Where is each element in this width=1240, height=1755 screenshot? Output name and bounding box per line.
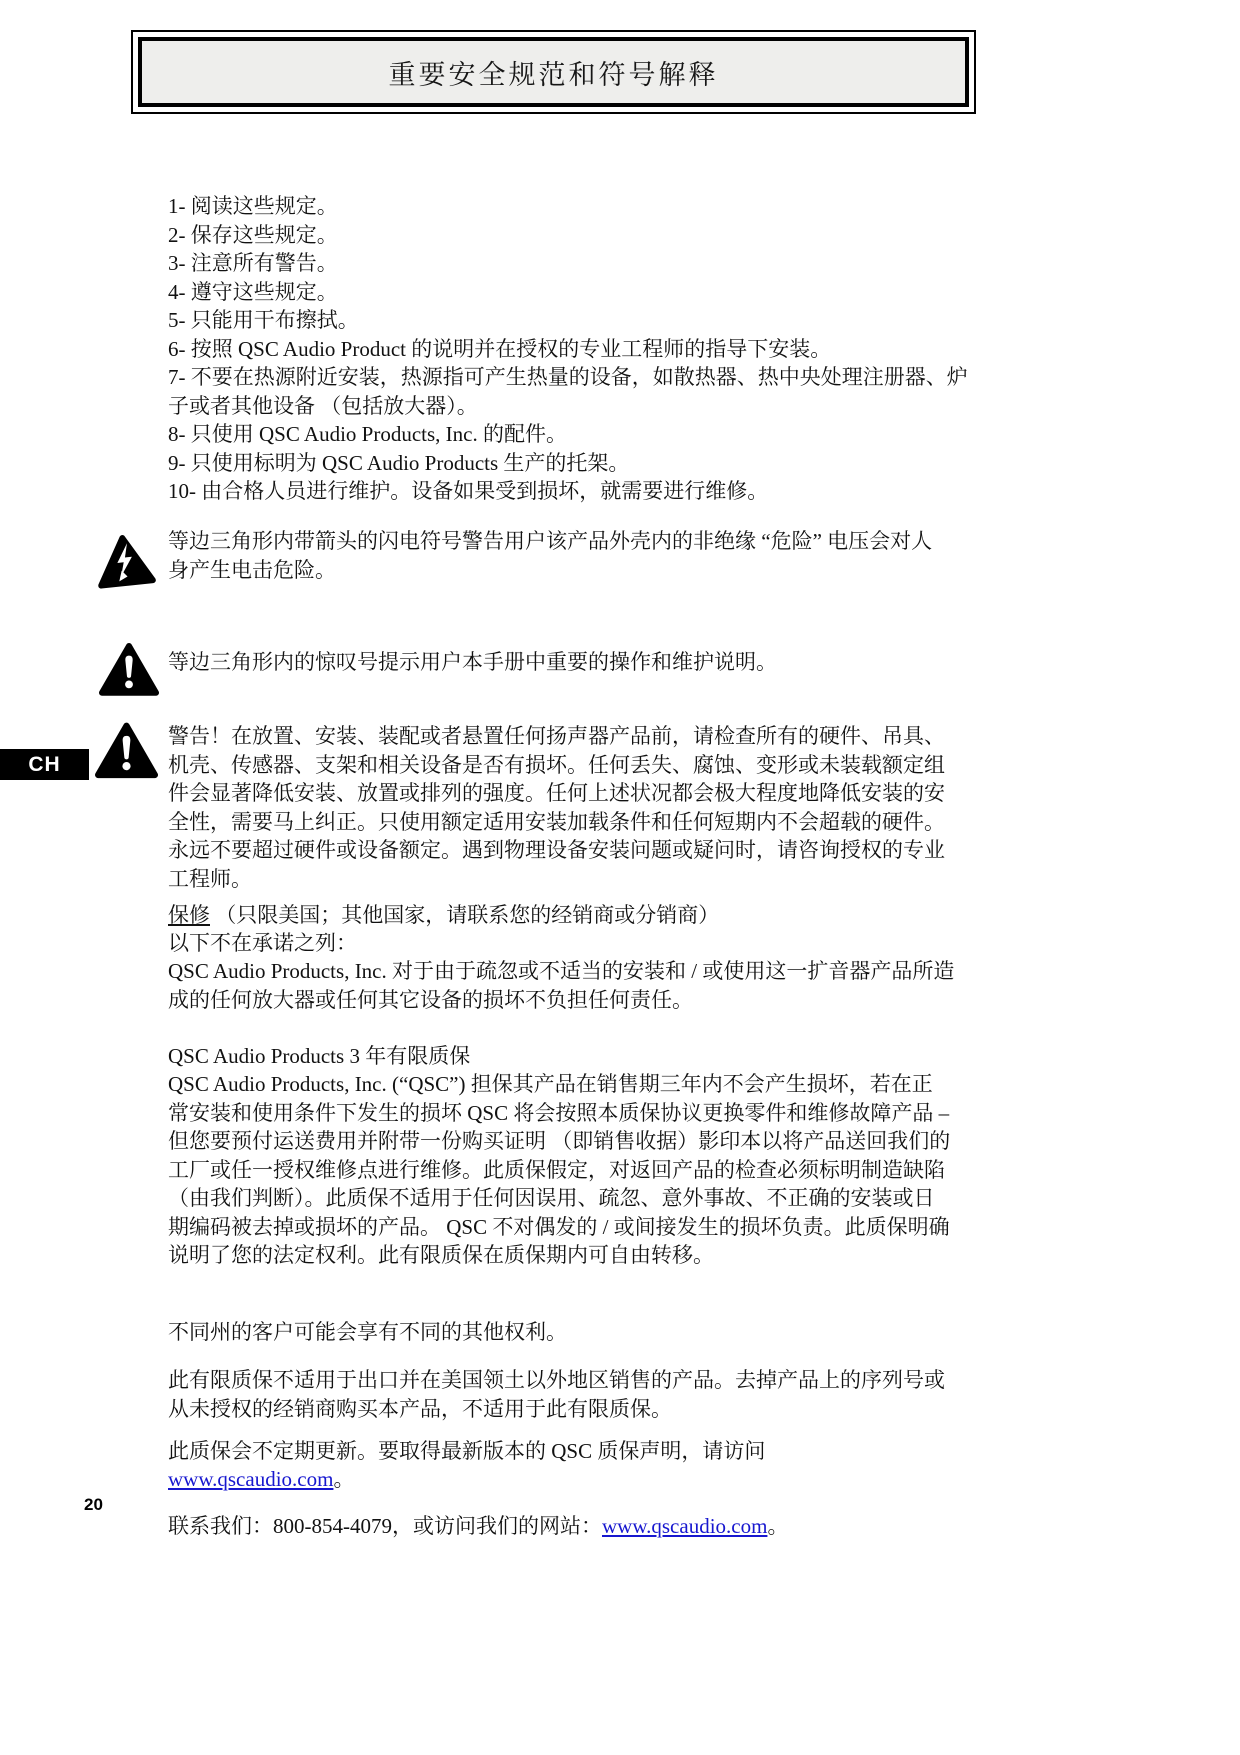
period: 。 (767, 1514, 788, 1538)
page-number: 20 (84, 1495, 103, 1515)
list-item: 3- 注意所有警告。 (168, 249, 970, 278)
warranty-disclaimer: QSC Audio Products, Inc. 对于由于疏忽或不适当的安装和 … (168, 957, 960, 1014)
qsc-website-link[interactable]: www.qscaudio.com (602, 1514, 767, 1538)
warranty-heading: 保修 (168, 903, 210, 927)
list-item: 8- 只使用 QSC Audio Products, Inc. 的配件。 (168, 420, 970, 449)
states-rights-text: 不同州的客户可能会享有不同的其他权利。 (168, 1318, 968, 1347)
safety-instructions-list: 1- 阅读这些规定。 2- 保存这些规定。 3- 注意所有警告。 4- 遵守这些… (168, 192, 970, 506)
list-item: 9- 只使用标明为 QSC Audio Products 生产的托架。 (168, 449, 970, 478)
exclamation-triangle-icon (95, 722, 158, 785)
list-item: 4- 遵守这些规定。 (168, 278, 970, 307)
title-box: 重要安全规范和符号解释 (131, 30, 976, 114)
exclamation-triangle-icon (99, 642, 159, 703)
list-item: 5- 只能用干布擦拭。 (168, 306, 970, 335)
document-page: 重要安全规范和符号解释 1- 阅读这些规定。 2- 保存这些规定。 3- 注意所… (0, 0, 1240, 1755)
limited-warranty-title: QSC Audio Products 3 年有限质保 (168, 1042, 968, 1071)
warranty-updates-text: 此质保会不定期更新。要取得最新版本的 QSC 质保声明，请访问 (168, 1437, 960, 1466)
warranty-heading-note: （只限美国；其他国家，请联系您的经销商或分销商） (210, 903, 719, 927)
lightning-triangle-icon (93, 531, 157, 596)
qsc-website-link[interactable]: www.qscaudio.com (168, 1467, 333, 1491)
period: 。 (333, 1467, 354, 1491)
list-item: 10- 由合格人员进行维护。设备如果受到损坏，就需要进行维修。 (168, 477, 970, 506)
list-item: 1- 阅读这些规定。 (168, 192, 970, 221)
list-item: 2- 保存这些规定。 (168, 221, 970, 250)
warranty-heading-line: 保修 （只限美国；其他国家，请联系您的经销商或分销商） (168, 901, 968, 930)
rigging-warning-text: 警告！在放置、安装、装配或者悬置任何扬声器产品前，请检查所有的硬件、吊具、机壳、… (168, 722, 946, 893)
language-tab-ch: CH (0, 749, 89, 780)
exclamation-note-text: 等边三角形内的惊叹号提示用户本手册中重要的操作和维护说明。 (168, 648, 968, 677)
contact-line: 联系我们：800-854-4079，或访问我们的网站：www.qscaudio.… (168, 1512, 1068, 1541)
page-title: 重要安全规范和符号解释 (138, 37, 969, 107)
list-item: 6- 按照 QSC Audio Product 的说明并在授权的专业工程师的指导… (168, 335, 970, 364)
warranty-not-covered-intro: 以下不在承诺之列： (168, 929, 968, 958)
lightning-warning-text: 等边三角形内带箭头的闪电符号警告用户该产品外壳内的非绝缘 “危险” 电压会对人身… (168, 527, 942, 584)
contact-text: 联系我们：800-854-4079，或访问我们的网站： (168, 1514, 602, 1538)
export-clause-text: 此有限质保不适用于出口并在美国领土以外地区销售的产品。去掉产品上的序列号或从未授… (168, 1366, 960, 1423)
limited-warranty-body: QSC Audio Products, Inc. (“QSC”) 担保其产品在销… (168, 1070, 952, 1270)
warranty-updates-link-line: www.qscaudio.com。 (168, 1465, 960, 1494)
list-item: 7- 不要在热源附近安装，热源指可产生热量的设备，如散热器、热中央处理注册器、炉… (168, 363, 970, 420)
